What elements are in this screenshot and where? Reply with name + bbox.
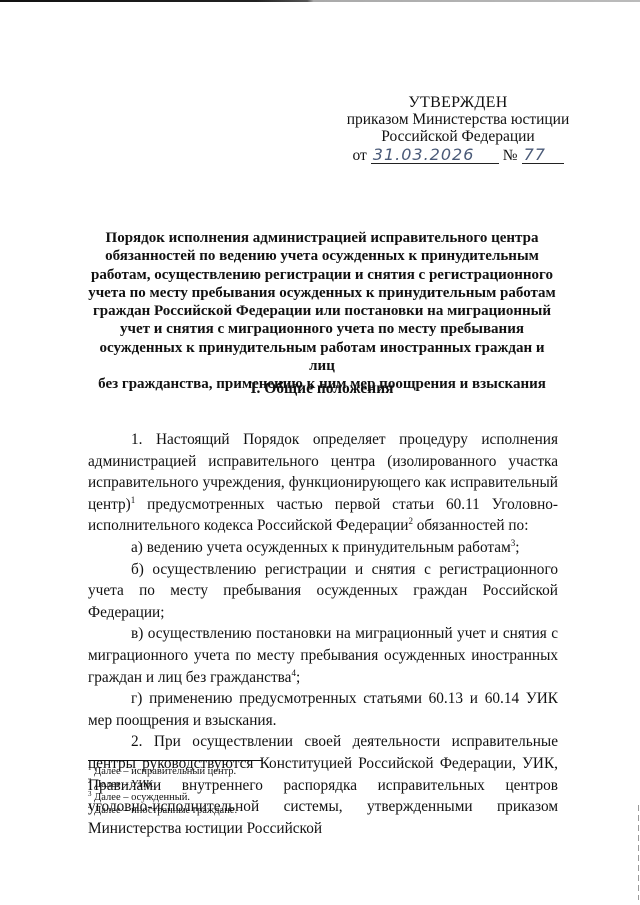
paragraph-text: ; [296, 669, 300, 686]
approval-stamp: УТВЕРЖДЕН приказом Министерства юстиции … [333, 94, 583, 164]
list-item-v: в) осуществлению постановки на миграцион… [88, 623, 558, 688]
title-line: Порядок исполнения администрацией исправ… [88, 229, 556, 247]
title-line: обязанностей по ведению учета осужденных… [88, 247, 556, 265]
scan-edge-marks [638, 805, 639, 900]
title-line: учета по месту пребывания осужденных к п… [88, 284, 556, 302]
handwritten-number: 77 [522, 146, 564, 164]
order-date-number: от 31.03.2026 № 77 [333, 146, 583, 164]
title-line: граждан Российской Федерации или постано… [88, 302, 556, 320]
list-item-b: б) осуществлению регистрации и снятия с … [88, 559, 558, 624]
document-title: Порядок исполнения администрацией исправ… [88, 229, 556, 394]
title-line: осужденных к принудительным работам инос… [88, 339, 556, 376]
title-line: учет и снятия с миграционного учета по м… [88, 320, 556, 338]
handwritten-date: 31.03.2026 [371, 146, 499, 164]
section-heading: I. Общие положения [88, 380, 556, 398]
footnotes: 1 Далее – исправительный центр. 2 Далее … [88, 765, 388, 817]
footnote: 4 Далее – иностранные граждане. [88, 804, 388, 817]
approval-line-1: приказом Министерства юстиции [333, 111, 583, 128]
footnote-text: Далее – осужденный. [92, 792, 191, 803]
footnote-text: Далее – УИК. [92, 779, 156, 790]
footnote: 2 Далее – УИК. [88, 778, 388, 791]
approval-line-2: Российской Федерации [333, 128, 583, 145]
footnote: 3 Далее – осужденный. [88, 791, 388, 804]
approved-title: УТВЕРЖДЕН [333, 94, 583, 111]
paragraph-text: ; [515, 539, 519, 556]
paragraph-text: в) осуществлению постановки на миграцион… [88, 625, 558, 685]
list-item-g: г) применению предусмотренных статьями 6… [88, 688, 558, 731]
list-item-a: а) ведению учета осужденных к принудител… [88, 537, 558, 559]
title-line: работам, осуществлению регистрации и сня… [88, 266, 556, 284]
footnote-separator [88, 760, 263, 761]
date-prefix: от [352, 147, 366, 164]
paragraph-text: а) ведению учета осужденных к принудител… [131, 539, 511, 556]
footnote-text: Далее – иностранные граждане. [92, 805, 238, 816]
footnote-text: Далее – исправительный центр. [92, 766, 237, 777]
scan-edge-artifact [0, 0, 640, 2]
number-label: № [503, 147, 518, 164]
paragraph-text: обязанностей по: [413, 517, 529, 534]
footnote: 1 Далее – исправительный центр. [88, 765, 388, 778]
paragraph-1: 1. Настоящий Порядок определяет процедур… [88, 429, 558, 537]
